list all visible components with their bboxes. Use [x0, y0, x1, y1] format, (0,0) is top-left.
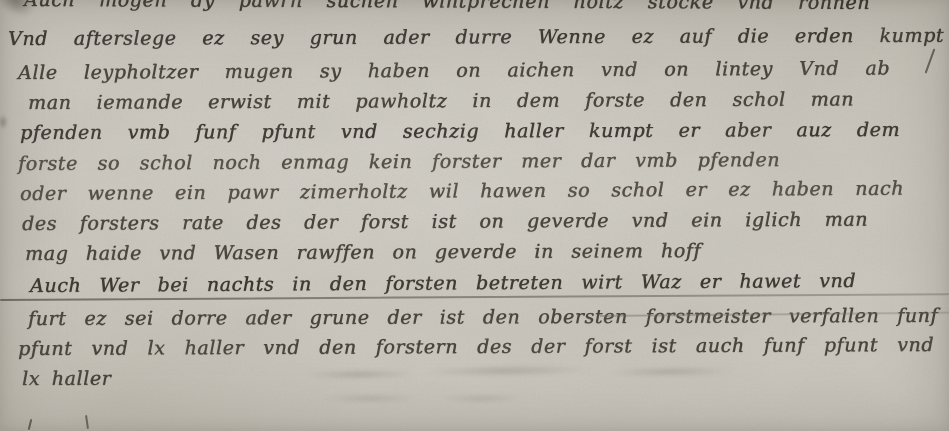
stray-ink-stroke: [925, 48, 936, 73]
margin-ink-mark: [0, 110, 10, 134]
erased-text-smudge: [285, 361, 780, 384]
manuscript-line-01: Auch mogen dy pawrn suchen wintprechen h…: [24, 0, 870, 17]
manuscript-line-10: Auch Wer bei nachts in den forsten betre…: [30, 268, 856, 300]
manuscript-line-03: Alle leypholtzer mugen sy haben on aiche…: [18, 55, 890, 87]
manuscript-line-11: furt ez sei dorre ader grune der ist den…: [28, 303, 938, 333]
manuscript-line-02: Vnd afterslege ez sey grun ader durre We…: [8, 23, 944, 53]
manuscript-line-08: des forsters rate des der forst ist on g…: [22, 207, 868, 238]
manuscript-line-04: man iemande erwist mit pawholtz in dem f…: [28, 86, 854, 117]
erased-text-smudge: [300, 392, 580, 405]
manuscript-line-05: pfenden vmb funf pfunt vnd sechzig halle…: [20, 117, 900, 147]
manuscript-line-06: forste so schol noch enmag kein forster …: [18, 147, 780, 178]
stray-ink-stroke: [85, 415, 89, 429]
manuscript-line-12: pfunt vnd lx haller vnd den forstern des…: [18, 332, 934, 363]
manuscript-page: Auch mogen dy pawrn suchen wintprechen h…: [0, 0, 949, 431]
stray-ink-stroke: [28, 419, 33, 430]
manuscript-line-09: mag haide vnd Wasen rawffen on geverde i…: [25, 238, 701, 268]
manuscript-line-07: oder wenne ein pawr zimerholtz wil hawen…: [20, 176, 904, 208]
manuscript-line-13: lx haller: [22, 366, 162, 393]
